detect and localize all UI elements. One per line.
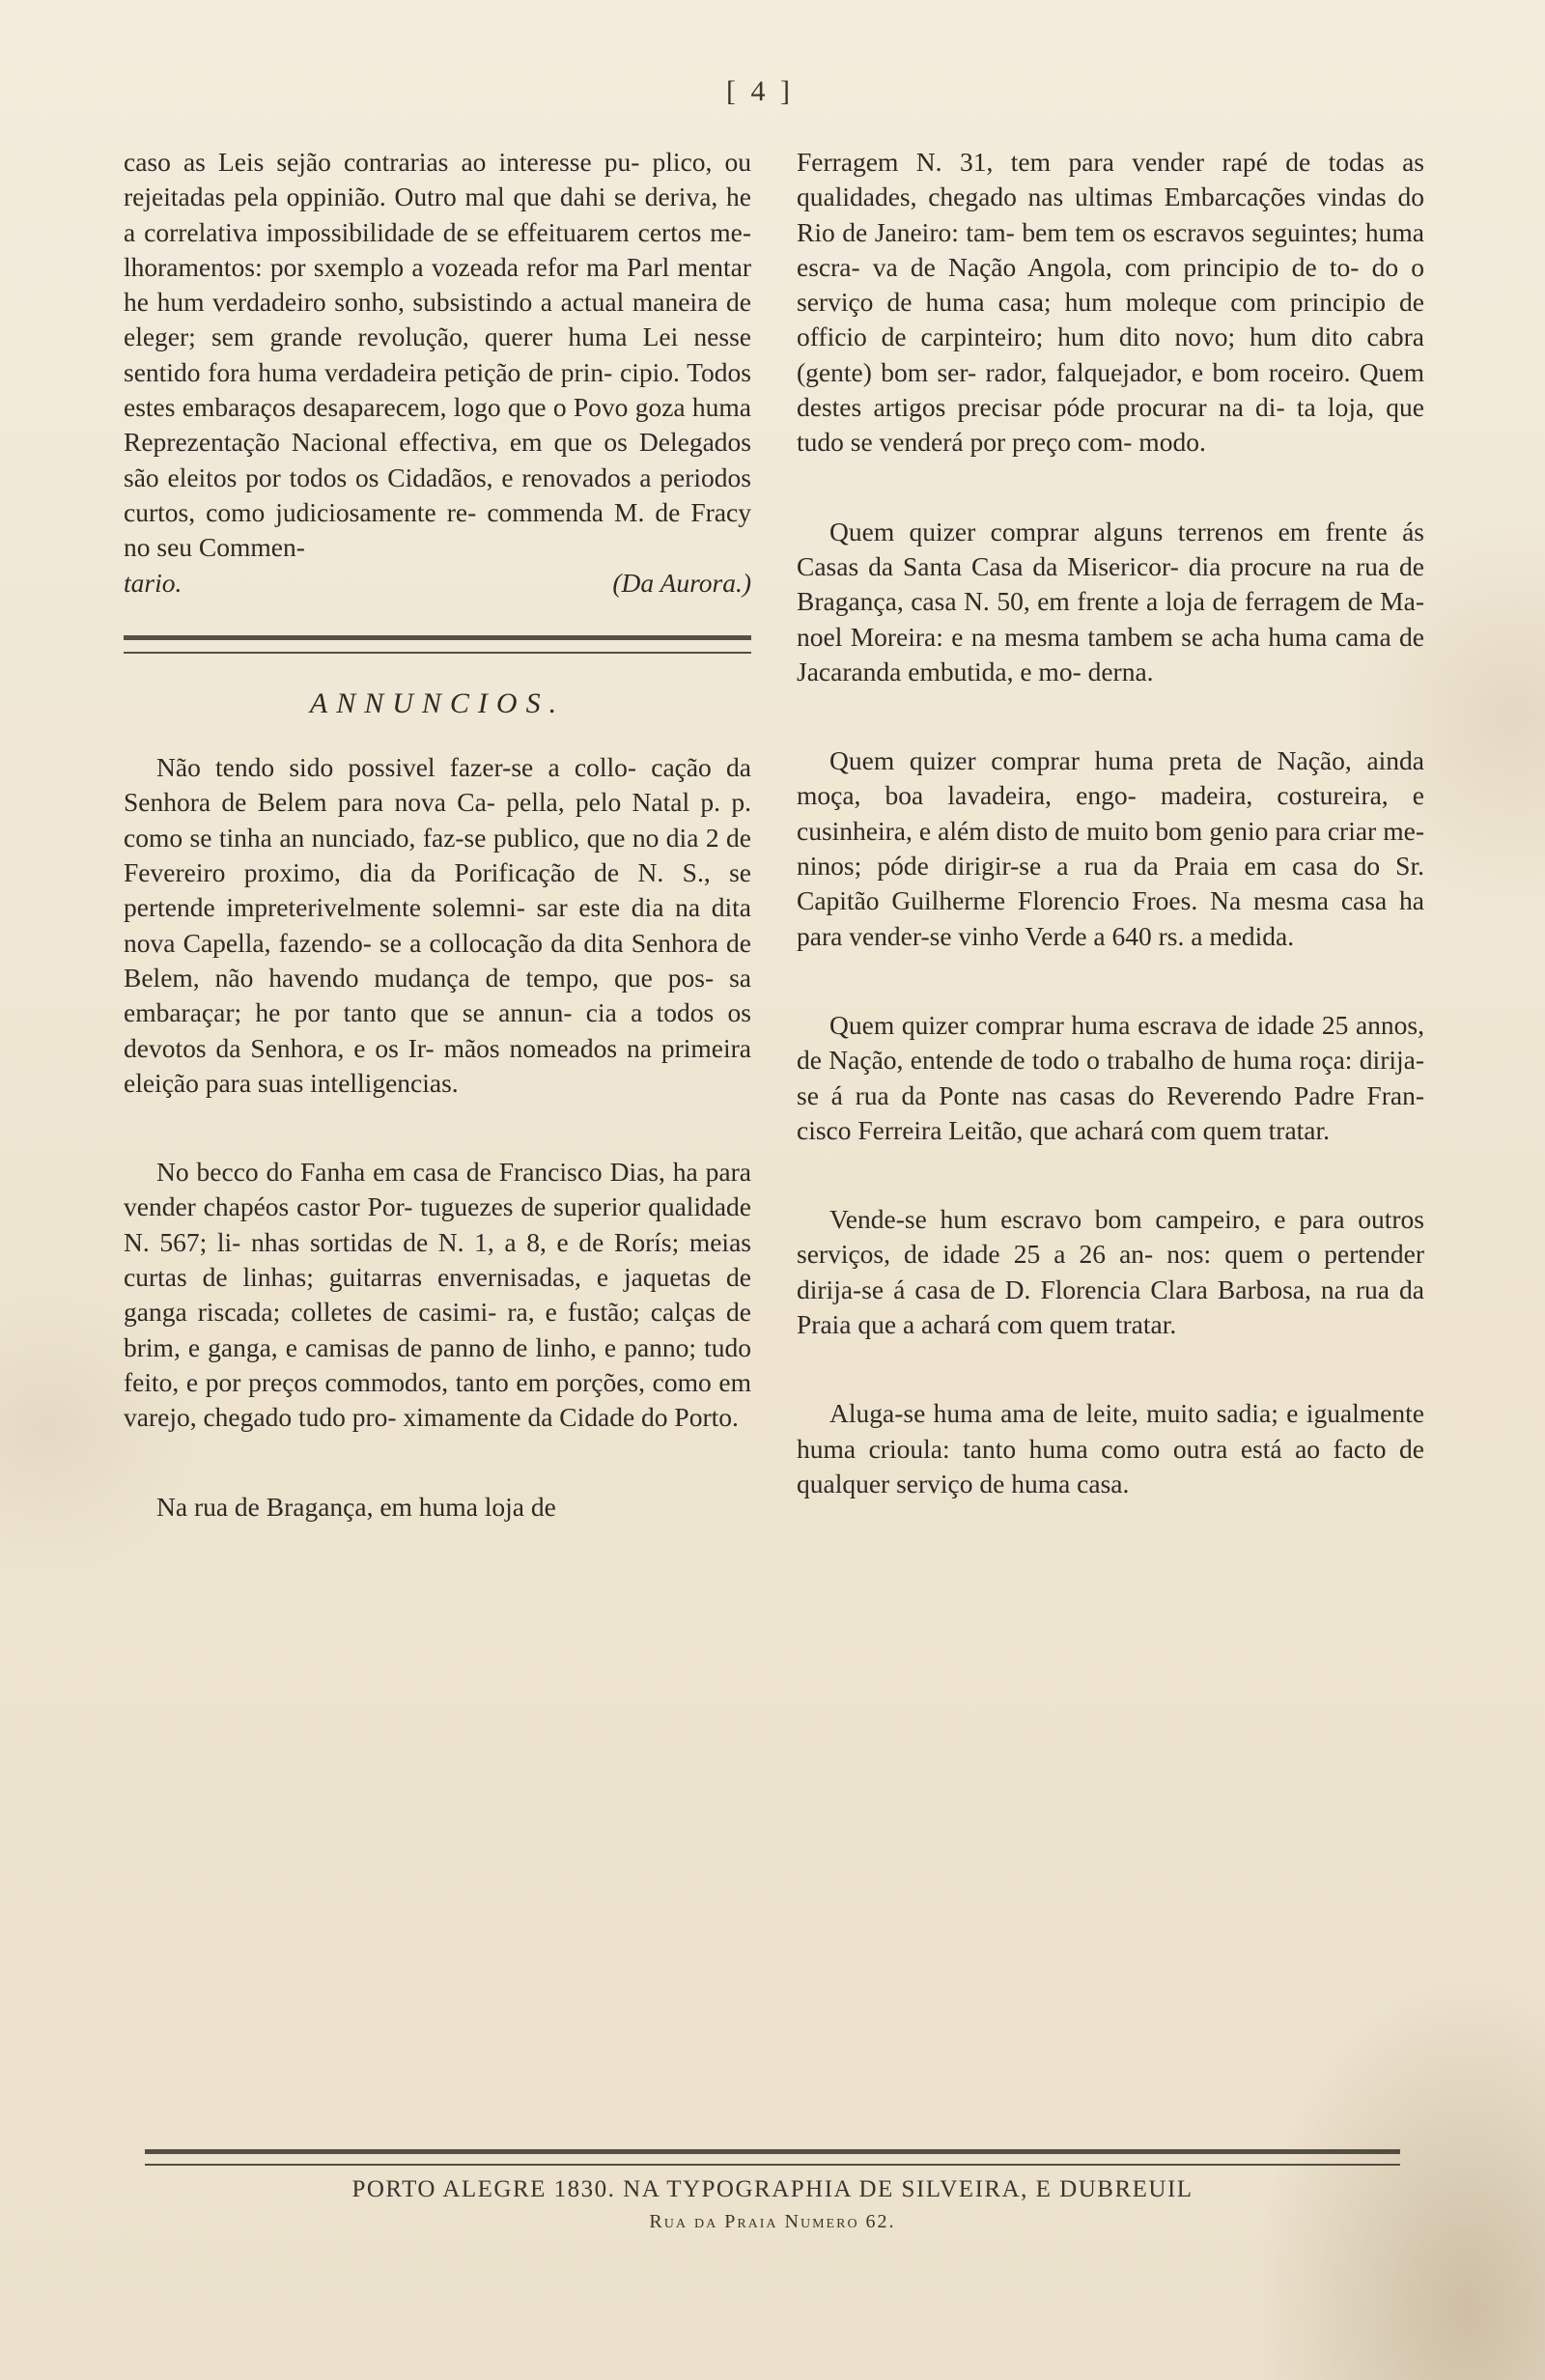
announcement: Quem quizer comprar huma escrava de idad…: [797, 1008, 1424, 1148]
announcement-continuation: Ferragem N. 31, tem para vender rapé de …: [797, 145, 1424, 461]
announcement: Quem quizer comprar alguns terrenos em f…: [797, 515, 1424, 689]
source-attribution: (Da Aurora.): [612, 566, 751, 601]
announcement: Não tendo sido possivel fazer-se a collo…: [124, 750, 751, 1101]
section-title: ANNUNCIOS.: [124, 686, 751, 721]
article-last-word: tario.: [124, 566, 182, 601]
printer-imprint: PORTO ALEGRE 1830. NA TYPOGRAPHIA DE SIL…: [145, 2176, 1400, 2203]
announcement: Aluga-se huma ama de leite, muito sadia;…: [797, 1396, 1424, 1501]
article-continuation: caso as Leis sejão contrarias ao interes…: [124, 145, 751, 566]
announcement: Quem quizer comprar huma preta de Nação,…: [797, 743, 1424, 954]
announcement: No becco do Fanha em casa de Francisco D…: [124, 1155, 751, 1435]
printer-address: Rua da Praia Numero 62.: [145, 2211, 1400, 2233]
right-column: Ferragem N. 31, tem para vender rapé de …: [797, 145, 1424, 1501]
page-number: [ 4 ]: [726, 75, 794, 108]
left-column: caso as Leis sejão contrarias ao interes…: [124, 145, 751, 1525]
section-divider: [124, 635, 751, 654]
article-signature: tario. (Da Aurora.): [124, 566, 751, 601]
announcement: Vende-se hum escravo bom campeiro, e par…: [797, 1202, 1424, 1342]
footer-divider: [145, 2149, 1400, 2166]
announcement: Na rua de Bragança, em huma loja de: [124, 1490, 751, 1525]
